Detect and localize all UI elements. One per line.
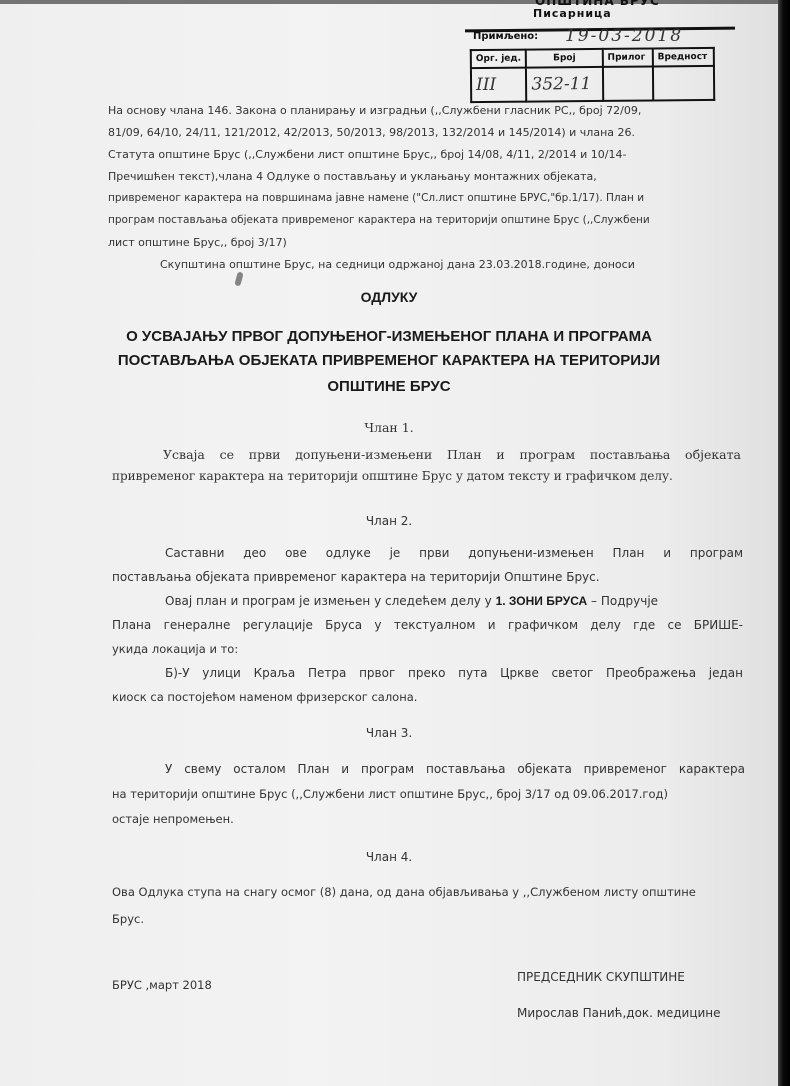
article-2-line: постављања објеката привременог карактер… [112, 570, 600, 584]
article-2-line: киоск са постојећом наменом фризерског с… [112, 690, 417, 704]
preamble-line: 81/09, 64/10, 24/11, 121/2012, 42/2013, … [108, 126, 698, 139]
stamp-received-label: Примљено: [473, 31, 538, 42]
preamble-line: Статута општине Брус (,,Службени лист оп… [108, 148, 698, 161]
place-date: БРУС ,март 2018 [112, 978, 212, 992]
stamp-col-org-unit: Орг. јед. [471, 50, 527, 68]
preamble-line: На основу члана 146. Закона о планирању … [108, 104, 698, 117]
stamp-number-value: 352-11 [526, 67, 603, 102]
scan-shadow-edge [778, 0, 790, 1086]
signatory-name: Мирослав Панић,док. медицине [517, 1006, 721, 1020]
stamp-header-row: Орг. јед. Број Прилог Вредност [471, 48, 714, 68]
stamp-header-office: Писарница [533, 7, 612, 20]
article-4-line: Ова Одлука ступа на снагу осмог (8) дана… [112, 885, 752, 899]
article-2-zone-bold: 1. ЗОНИ БРУСА [496, 594, 588, 608]
signatory-title: ПРЕДСЕДНИК СКУПШТИНЕ [517, 970, 685, 984]
decision-title-line: О УСВАЈАЊУ ПРВОГ ДОПУЊЕНОГ-ИЗМЕЊЕНОГ ПЛА… [0, 328, 778, 345]
article-2-line-zone: Овај план и програм је измењен у следеће… [165, 594, 743, 608]
preamble-line: програм постављања објеката привременог … [108, 214, 698, 226]
article-3-line: остаје непромењен. [112, 812, 234, 826]
stamp-col-attachment: Прилог [602, 48, 652, 66]
preamble-line: Пречишћен текст),члана 4 Одлуке о постав… [108, 170, 698, 183]
stamp-attachment-value [603, 66, 653, 100]
article-4-heading: Члан 4. [0, 850, 778, 864]
stamp-col-number: Број [526, 49, 602, 68]
article-1-line: привременог карактера на територији општ… [112, 469, 673, 483]
article-2-line: Б)-У улици Краља Петра првог преко пута … [165, 666, 743, 680]
article-4-line: Брус. [112, 912, 144, 926]
article-3-line: У свему осталом План и програм постављањ… [165, 762, 745, 776]
decision-heading: ОДЛУКУ [0, 289, 778, 305]
article-1-heading: Члан 1. [0, 420, 778, 435]
stamp-col-value: Вредност [653, 48, 714, 67]
pen-mark [234, 271, 243, 286]
stamp-value-row: III 352-11 [471, 66, 714, 102]
article-3-heading: Члан 3. [0, 726, 778, 740]
article-2-line: укида локација и то: [112, 642, 238, 656]
article-1-line: Усваја се први допуњени-измењени План и … [163, 447, 741, 462]
stamp-table: Орг. јед. Број Прилог Вредност III 352-1… [470, 47, 715, 103]
stamp-value-value [653, 66, 715, 101]
article-2-zone-text-end: – Подручје [587, 594, 658, 608]
assembly-line: Скупштина општине Брус, на седници одржа… [160, 258, 635, 271]
stamp-received-date: 19-03-2018 [565, 26, 683, 46]
stamp-org-unit-value: III [471, 68, 527, 102]
preamble-line: привременог карактера на површинама јавн… [108, 192, 698, 204]
preamble-line: лист општине Брус,, број 3/17) [108, 236, 287, 249]
article-2-zone-text: Овај план и програм је измењен у следеће… [165, 594, 496, 608]
decision-title-line: ПОСТАВЉАЊА ОБЈЕКАТА ПРИВРЕМЕНОГ КАРАКТЕР… [0, 352, 778, 369]
scanned-page: ОПШТИНА БРУС Писарница Примљено: 19-03-2… [0, 0, 778, 1086]
article-3-line: на територији општине Брус (,,Службени л… [112, 787, 747, 801]
decision-title-line: ОПШТИНЕ БРУС [0, 378, 778, 395]
article-2-line: Саставни део ове одлуке је први допуњени… [165, 546, 743, 560]
registry-stamp: ОПШТИНА БРУС Писарница Примљено: 19-03-2… [455, 0, 715, 100]
article-2-line: Плана генералне регулације Бруса у текст… [112, 618, 743, 632]
article-2-heading: Члан 2. [0, 514, 778, 528]
